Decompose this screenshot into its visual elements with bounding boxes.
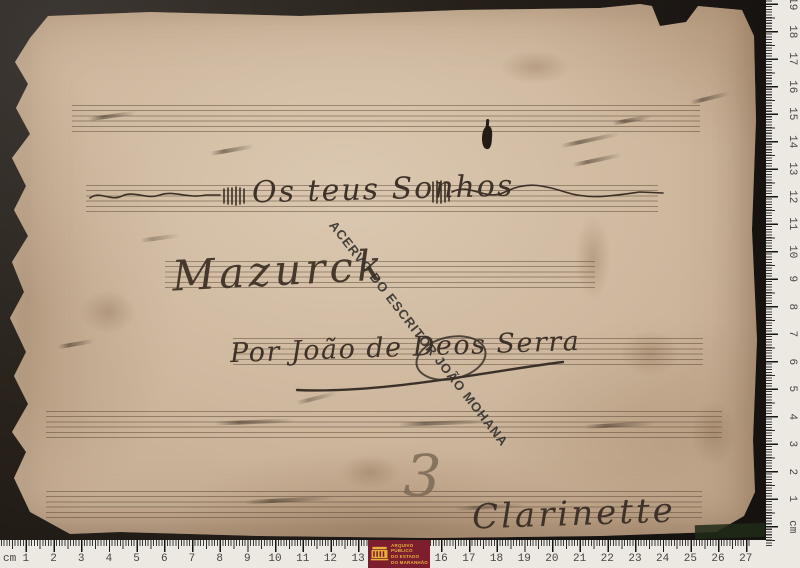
label-item: 9 — [777, 271, 800, 287]
label-item: 6 — [150, 553, 178, 565]
label-item: 20 — [538, 553, 566, 565]
label-item: 1 — [12, 553, 40, 565]
label-item: 15 — [777, 106, 800, 122]
label-item: 23 — [621, 553, 649, 565]
paper-stain — [620, 330, 680, 376]
right-ruler: cm12345678910111213141516171819 — [766, 0, 800, 546]
label-item: 3 — [777, 436, 800, 452]
paper-stain — [575, 215, 611, 301]
label-item: 25 — [677, 553, 705, 565]
label-item: 4 — [95, 553, 123, 565]
label-item: DO MARANHÃO — [391, 560, 428, 566]
label-item: 14 — [777, 133, 800, 149]
byline-underline-flourish — [295, 360, 565, 394]
label-item: cm — [777, 518, 800, 534]
label-item: 6 — [777, 353, 800, 369]
ruler-ticks-major — [766, 0, 778, 546]
paper-stain — [340, 455, 400, 489]
label-item: 13 — [777, 161, 800, 177]
label-item: 24 — [649, 553, 677, 565]
archive-building-icon — [370, 543, 389, 565]
pencil-page-number: 3 — [402, 441, 442, 511]
label-item: 7 — [178, 553, 206, 565]
shadow-smudge — [695, 523, 765, 539]
label-item: 16 — [777, 78, 800, 94]
label-item: 4 — [777, 408, 800, 424]
label-item: 27 — [732, 553, 760, 565]
label-item: 2 — [40, 553, 68, 565]
flourish-left — [88, 186, 258, 206]
label-item: 12 — [317, 553, 345, 565]
archival-photo: Os teus Sonhos Mazurck Por João de Deos … — [0, 0, 800, 568]
archive-logo: ARQUIVOPÚBLICODO ESTADODO MARANHÃO — [368, 540, 430, 568]
label-item: 2 — [777, 463, 800, 479]
label-item: 8 — [206, 553, 234, 565]
label-item: 12 — [777, 188, 800, 204]
label-item: 1 — [777, 491, 800, 507]
label-item: 21 — [566, 553, 594, 565]
label-item: 22 — [593, 553, 621, 565]
label-item: 5 — [123, 553, 151, 565]
label-item: 19 — [510, 553, 538, 565]
label-item: 5 — [777, 381, 800, 397]
label-item: 9 — [234, 553, 262, 565]
label-item: 17 — [777, 51, 800, 67]
bottom-ruler: cm 1234567891011121314151617181920212223… — [0, 540, 800, 568]
handwritten-title: Os teus Sonhos — [252, 169, 515, 211]
handwritten-instrument: Clarinette — [471, 490, 676, 537]
label-item: 10 — [777, 243, 800, 259]
music-staff-1 — [72, 105, 700, 132]
label-item: 26 — [704, 553, 732, 565]
label-item: 19 — [777, 0, 800, 12]
paper-stain — [80, 290, 136, 334]
label-item: 18 — [483, 553, 511, 565]
label-item: 7 — [777, 326, 800, 342]
archive-logo-text: ARQUIVOPÚBLICODO ESTADODO MARANHÃO — [391, 543, 428, 566]
label-item: 18 — [777, 23, 800, 39]
label-item: 16 — [427, 553, 455, 565]
right-ruler-numbers: cm12345678910111213141516171819 — [783, 0, 799, 540]
paper-stain — [500, 50, 570, 84]
label-item: 8 — [777, 298, 800, 314]
label-item: 11 — [777, 216, 800, 232]
label-item: 17 — [455, 553, 483, 565]
label-item: 3 — [67, 553, 95, 565]
label-item: 11 — [289, 553, 317, 565]
label-item: 10 — [261, 553, 289, 565]
paper-stain — [690, 400, 736, 466]
